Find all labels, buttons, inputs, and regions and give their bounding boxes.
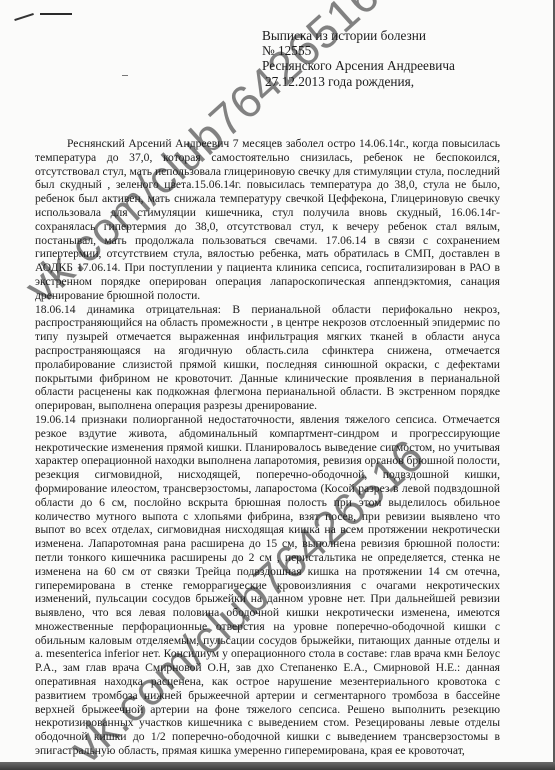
birth-date: 27.12.2013 года рождения, [262, 74, 455, 89]
scan-artifact-mark [14, 11, 72, 21]
scan-artifact-speck [122, 75, 128, 76]
document-body: Реснянский Арсений Андреевич 7 месяцев з… [35, 137, 500, 758]
document-header: Выписка из истории болезни № 12555 Ресня… [262, 28, 455, 89]
patient-name: Реснянского Арсения Андреевича [262, 58, 455, 73]
paragraph-june-18: 18.06.14 динамика отрицательная: В периа… [35, 303, 500, 413]
scanner-bottom-edge [0, 762, 555, 770]
record-number: № 12555 [262, 43, 455, 58]
paragraph-june-19: 19.06.14 признаки полиорганной недостато… [35, 413, 500, 758]
paragraph-history: Реснянский Арсений Андреевич 7 месяцев з… [35, 137, 500, 303]
scanned-page: Выписка из истории болезни № 12555 Ресня… [0, 0, 555, 762]
document-title: Выписка из истории болезни [262, 28, 455, 43]
